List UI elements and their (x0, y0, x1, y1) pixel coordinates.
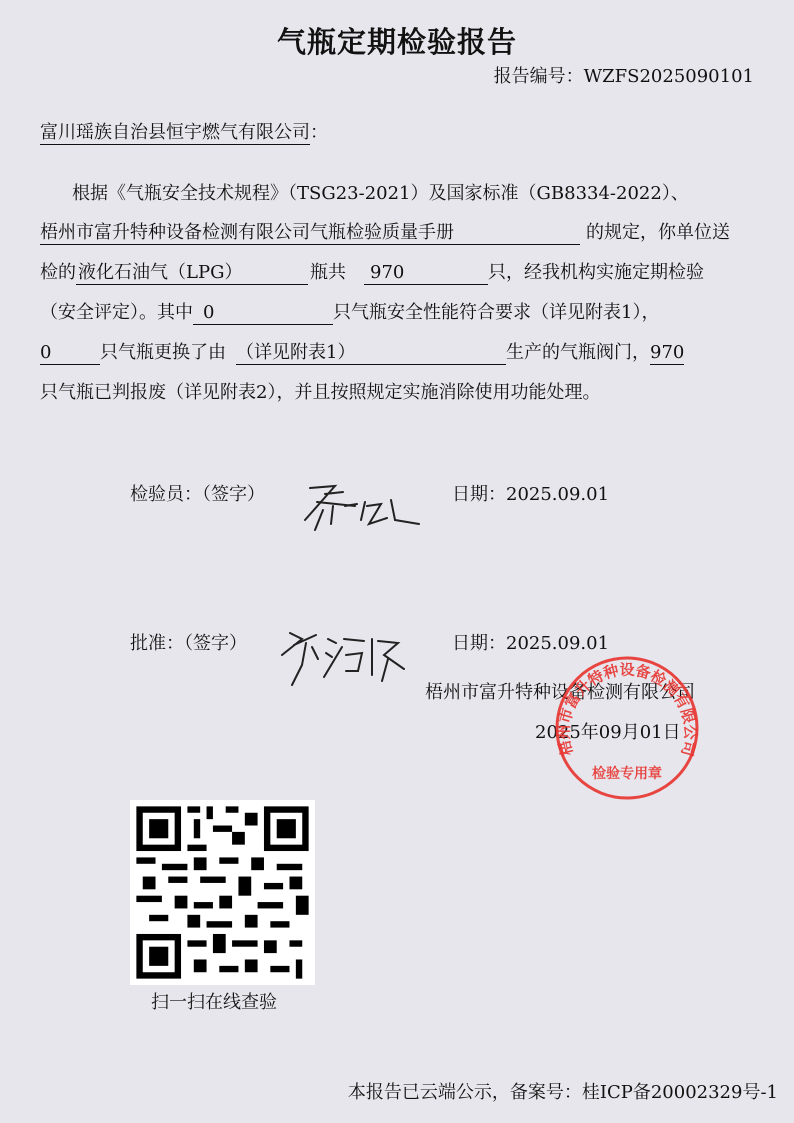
report-number-value: WZFS2025090101 (584, 66, 754, 87)
line3-prefix: 检的 (40, 262, 76, 283)
report-number-label: 报告编号： (494, 66, 584, 87)
body-line-5: 0只气瓶更换了由（详见附表1）生产的气瓶阀门，970 (40, 340, 684, 366)
inspector-date-label: 日期： (452, 484, 506, 505)
inspector-date-value: 2025.09.01 (506, 484, 609, 505)
scrapped-count: 970 (650, 342, 684, 365)
total-count: 970 (364, 262, 488, 285)
inspector-label: 检验员：（签字） (130, 482, 265, 508)
svg-text:梧州市富升特种设备检测有限公司: 梧州市富升特种设备检测有限公司 (555, 661, 699, 758)
line4-suffix: 只气瓶安全性能符合要求（详见附表1）， (333, 302, 659, 323)
qr-code-icon (130, 800, 315, 985)
qr-caption: 扫一扫在线查验 (151, 990, 277, 1016)
body-line-3: 检的液化石油气（LPG）瓶共970只，经我机构实施定期检验 (40, 260, 704, 286)
report-title: 气瓶定期检验报告 (0, 20, 794, 61)
line3-mid: 瓶共 (310, 262, 346, 283)
approver-label: 批准：（签字） (130, 631, 247, 657)
footer-notice: 本报告已云端公示，备案号：桂ICP备20002329号-1 (348, 1080, 778, 1106)
recipient-company: 富川瑶族自治县恒宇燃气有限公司 (40, 122, 310, 145)
stamp-center-text: 检验专用章 (592, 765, 662, 782)
line5-suffix: 生产的气瓶阀门， (506, 342, 650, 363)
body-line-2: 梧州市富升特种设备检测有限公司气瓶检验质量手册的规定，你单位送 (40, 220, 730, 246)
official-stamp: 梧州市富升特种设备检测有限公司 检验专用章 (553, 654, 701, 802)
line4-prefix: （安全评定）。其中 (40, 302, 193, 323)
gas-type: 液化石油气（LPG） (76, 262, 308, 285)
quality-manual: 梧州市富升特种设备检测有限公司气瓶检验质量手册 (40, 222, 580, 245)
recipient-colon: ： (310, 122, 328, 143)
inspector-date: 日期：2025.09.01 (452, 482, 609, 508)
approver-date-label: 日期： (452, 633, 506, 654)
body-line-2-suffix: 的规定，你单位送 (586, 222, 730, 243)
approver-date-value: 2025.09.01 (506, 633, 609, 654)
stamp-ring-text: 梧州市富升特种设备检测有限公司 (555, 661, 699, 758)
passed-count: 0 (193, 302, 333, 325)
inspector-signature (295, 480, 425, 540)
recipient-line: 富川瑶族自治县恒宇燃气有限公司： (40, 120, 328, 146)
line3-suffix: 只，经我机构实施定期检验 (488, 262, 704, 283)
body-line-4: （安全评定）。其中0只气瓶安全性能符合要求（详见附表1）， (40, 300, 659, 326)
report-number: 报告编号：WZFS2025090101 (494, 62, 754, 88)
approver-signature (272, 625, 407, 695)
valve-source: （详见附表1） (236, 342, 506, 365)
body-line-6: 只气瓶已判报废（详见附表2），并且按照规定实施消除使用功能处理。 (40, 380, 600, 406)
body-line-1: 根据《气瓶安全技术规程》（TSG23-2021）及国家标准（GB8334-202… (72, 181, 689, 207)
qr-code[interactable] (130, 800, 315, 985)
line5-mid: 只气瓶更换了由 (100, 342, 226, 363)
valve-count: 0 (40, 342, 100, 365)
